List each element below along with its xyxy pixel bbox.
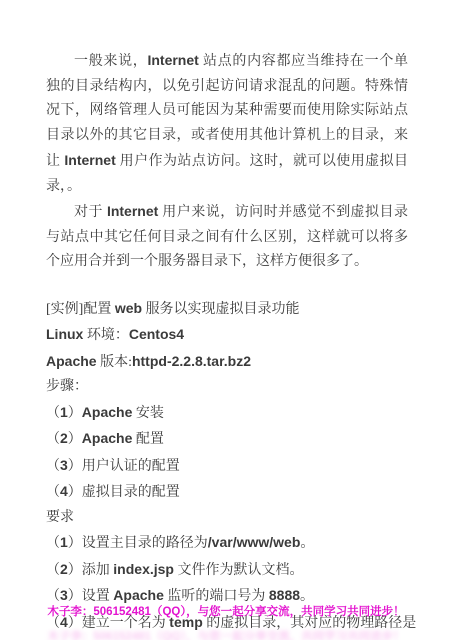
text-segment-latin-bold: 3 — [60, 457, 68, 473]
text-segment: ）用户认证的配置 — [68, 459, 180, 474]
text-segment: 监听的端口号为 — [164, 589, 269, 604]
text-segment: 步骤： — [46, 379, 88, 394]
text-segment-latin-bold: Apache — [46, 353, 97, 369]
text-segment-latin-bold: 506152481 — [93, 606, 151, 618]
text-segment: （ — [46, 459, 60, 474]
text-segment: 服务以实现虚拟目录功能 — [142, 302, 300, 317]
text-segment-latin-bold: /var/www/web — [208, 534, 301, 550]
text-segment: ） — [68, 432, 82, 447]
text-segment-latin-bold: 2 — [60, 430, 68, 446]
text-segment-latin-bold: httpd-2.2.8.tar.bz2 — [132, 353, 251, 369]
text-segment-latin-bold: 2 — [60, 561, 68, 577]
text-segment: （ — [46, 406, 60, 421]
text-segment-latin-bold: Centos4 — [129, 326, 184, 342]
text-segment-latin-bold: 1 — [60, 404, 68, 420]
text-segment: ）设置主目录的路径为 — [68, 536, 208, 551]
text-segment-latin-bold: QQ — [162, 606, 180, 618]
line-step-2-apache-config: （2）Apache 配置 — [46, 426, 408, 453]
text-segment-latin-bold: web — [115, 300, 142, 316]
text-segment: （ — [46, 536, 60, 551]
text-segment: 配置 — [132, 432, 164, 447]
text-segment: ）添加 — [68, 563, 114, 578]
line-req-1-home-directory-path: （1）设置主目录的路径为/var/www/web。 — [46, 530, 408, 557]
text-segment-latin-bold: index.jsp — [113, 561, 174, 577]
text-segment: 文件作为默认文档。 — [174, 563, 304, 578]
text-segment: 版本: — [97, 355, 132, 370]
text-segment: 一般来说， — [74, 54, 147, 69]
line-steps-label: 步骤： — [46, 375, 408, 400]
text-segment: 环境： — [83, 328, 129, 343]
text-segment-latin-bold: Internet — [107, 203, 158, 219]
text-segment: ）设置 — [68, 589, 114, 604]
line-requirements-label: 要求 — [46, 506, 408, 531]
text-segment: 。 — [300, 589, 314, 604]
text-segment: ） — [68, 406, 82, 421]
text-segment: 木子李： — [47, 606, 93, 618]
text-segment-latin-bold: QQ — [162, 631, 180, 640]
text-segment: （ — [46, 563, 60, 578]
text-segment: ），与您一起分享交流，共同学习共同进步！ — [180, 606, 404, 618]
text-segment-latin-bold: 506152481 — [93, 631, 151, 640]
line-example-title: [实例]配置 web 服务以实现虚拟目录功能 — [46, 296, 408, 323]
text-segment-latin-bold: Apache — [82, 430, 133, 446]
document-body: 一般来说，Internet 站点的内容都应当维持在一个单独的目录结构内，以免引起… — [46, 48, 408, 636]
text-segment: （ — [151, 631, 163, 640]
text-segment: （ — [46, 432, 60, 447]
line-step-3-user-auth-config: （3）用户认证的配置 — [46, 453, 408, 480]
text-segment: （ — [46, 485, 60, 500]
text-segment: 安装 — [132, 406, 164, 421]
text-segment: [实例]配置 — [46, 302, 115, 317]
text-segment-latin-bold: Apache — [113, 587, 164, 603]
text-segment: 。 — [300, 536, 314, 551]
paragraph-intro-virtual-directory: 一般来说，Internet 站点的内容都应当维持在一个单独的目录结构内，以免引起… — [46, 48, 408, 199]
text-segment: 木子李： — [47, 631, 93, 640]
text-segment-latin-bold: Internet — [147, 52, 198, 68]
text-segment-latin-bold: 8888 — [269, 587, 300, 603]
text-segment-latin-bold: Linux — [46, 326, 83, 342]
text-segment: 对于 — [74, 205, 107, 220]
text-segment-latin-bold: Internet — [64, 152, 115, 168]
text-segment-latin-bold: Apache — [82, 404, 133, 420]
footer-bleed-artifact: 木子李：506152481（QQ），与您一起分享交流，共同学习共同进步！ — [0, 628, 452, 640]
text-segment-latin-bold: 1 — [60, 534, 68, 550]
line-step-1-apache-install: （1）Apache 安装 — [46, 400, 408, 427]
text-segment-latin-bold: 4 — [60, 483, 68, 499]
text-segment: 要求 — [46, 510, 74, 525]
line-apache-version: Apache 版本:httpd-2.2.8.tar.bz2 — [46, 349, 408, 376]
text-segment: ）虚拟目录的配置 — [68, 485, 180, 500]
line-req-2-default-document: （2）添加 index.jsp 文件作为默认文档。 — [46, 557, 408, 584]
document-page: 一般来说，Internet 站点的内容都应当维持在一个单独的目录结构内，以免引起… — [0, 0, 452, 640]
line-step-4-virtual-dir-config: （4）虚拟目录的配置 — [46, 479, 408, 506]
line-linux-environment: Linux 环境：Centos4 — [46, 322, 408, 349]
text-segment: （ — [46, 589, 60, 604]
paragraph-user-perspective: 对于 Internet 用户来说，访问时并感觉不到虚拟目录与站点中其它任何目录之… — [46, 199, 408, 275]
text-segment: （ — [151, 606, 163, 618]
text-segment: ），与您一起分享交流，共同学习共同进步！ — [180, 631, 404, 640]
footer-contact: 木子李：506152481（QQ），与您一起分享交流，共同学习共同进步！ — [0, 603, 452, 621]
text-segment-latin-bold: 3 — [60, 587, 68, 603]
